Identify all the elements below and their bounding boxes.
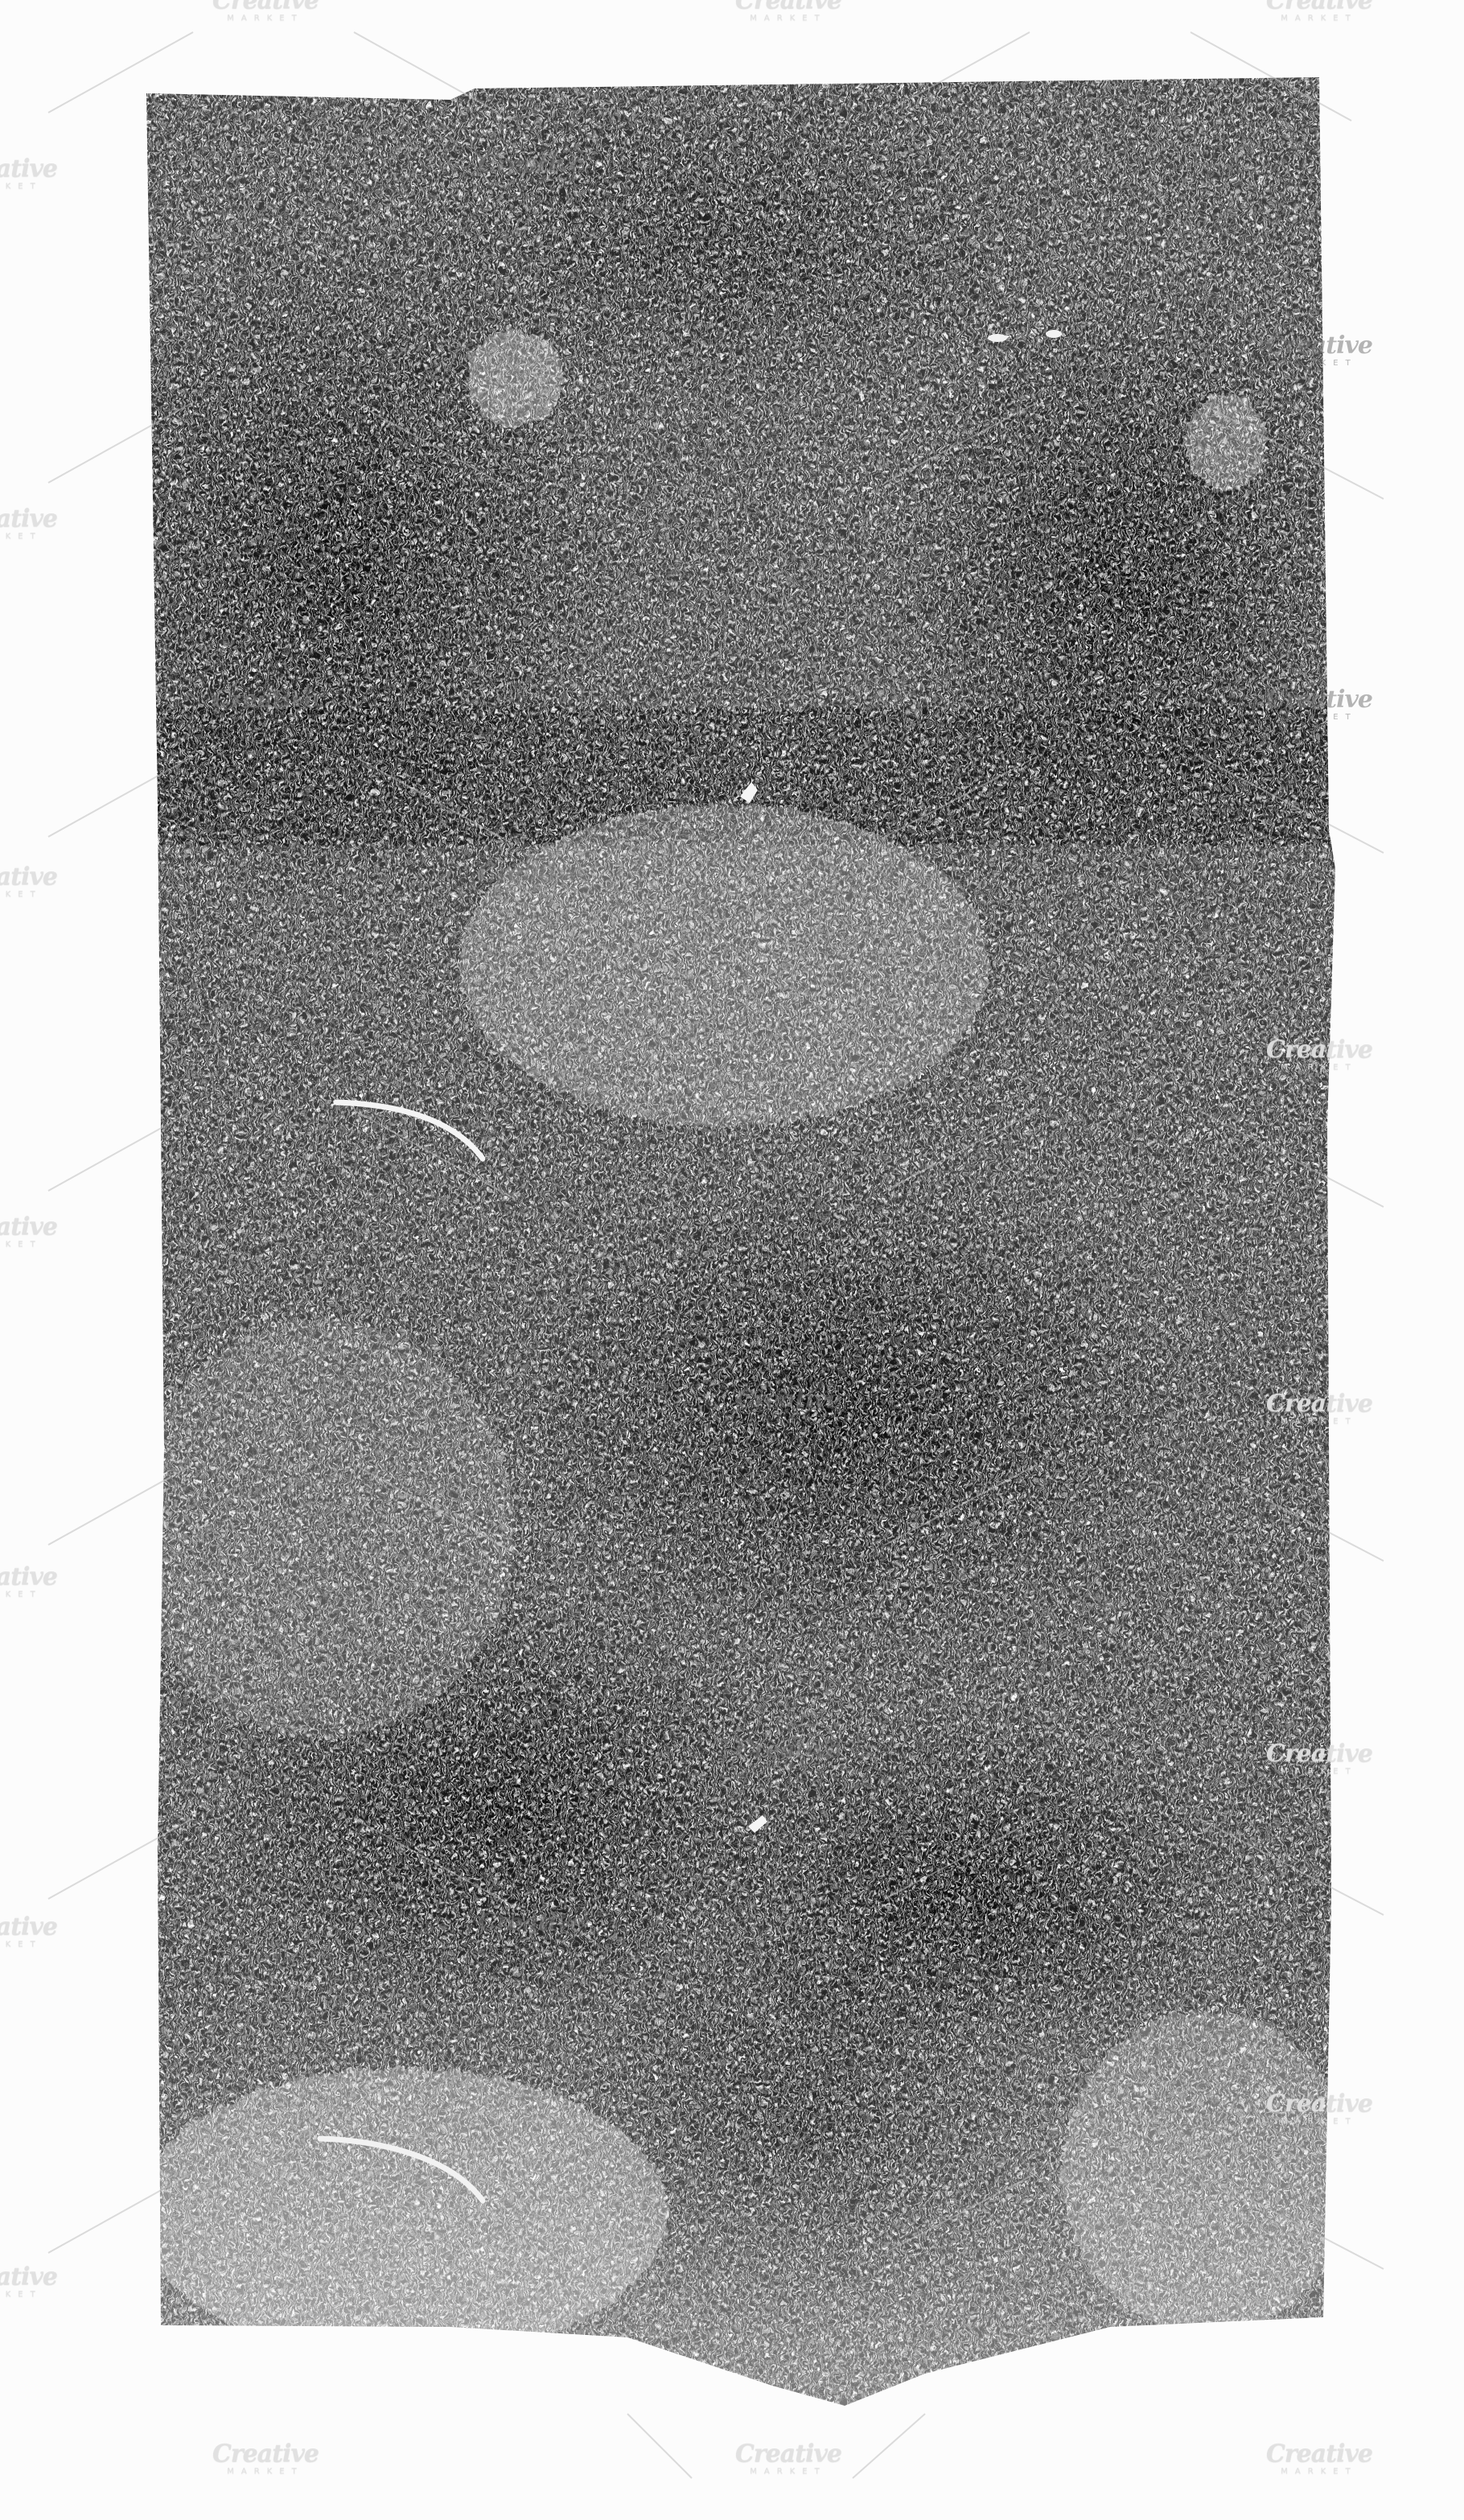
ink-texture (0, 0, 1464, 2520)
ink-print (0, 0, 1464, 2520)
